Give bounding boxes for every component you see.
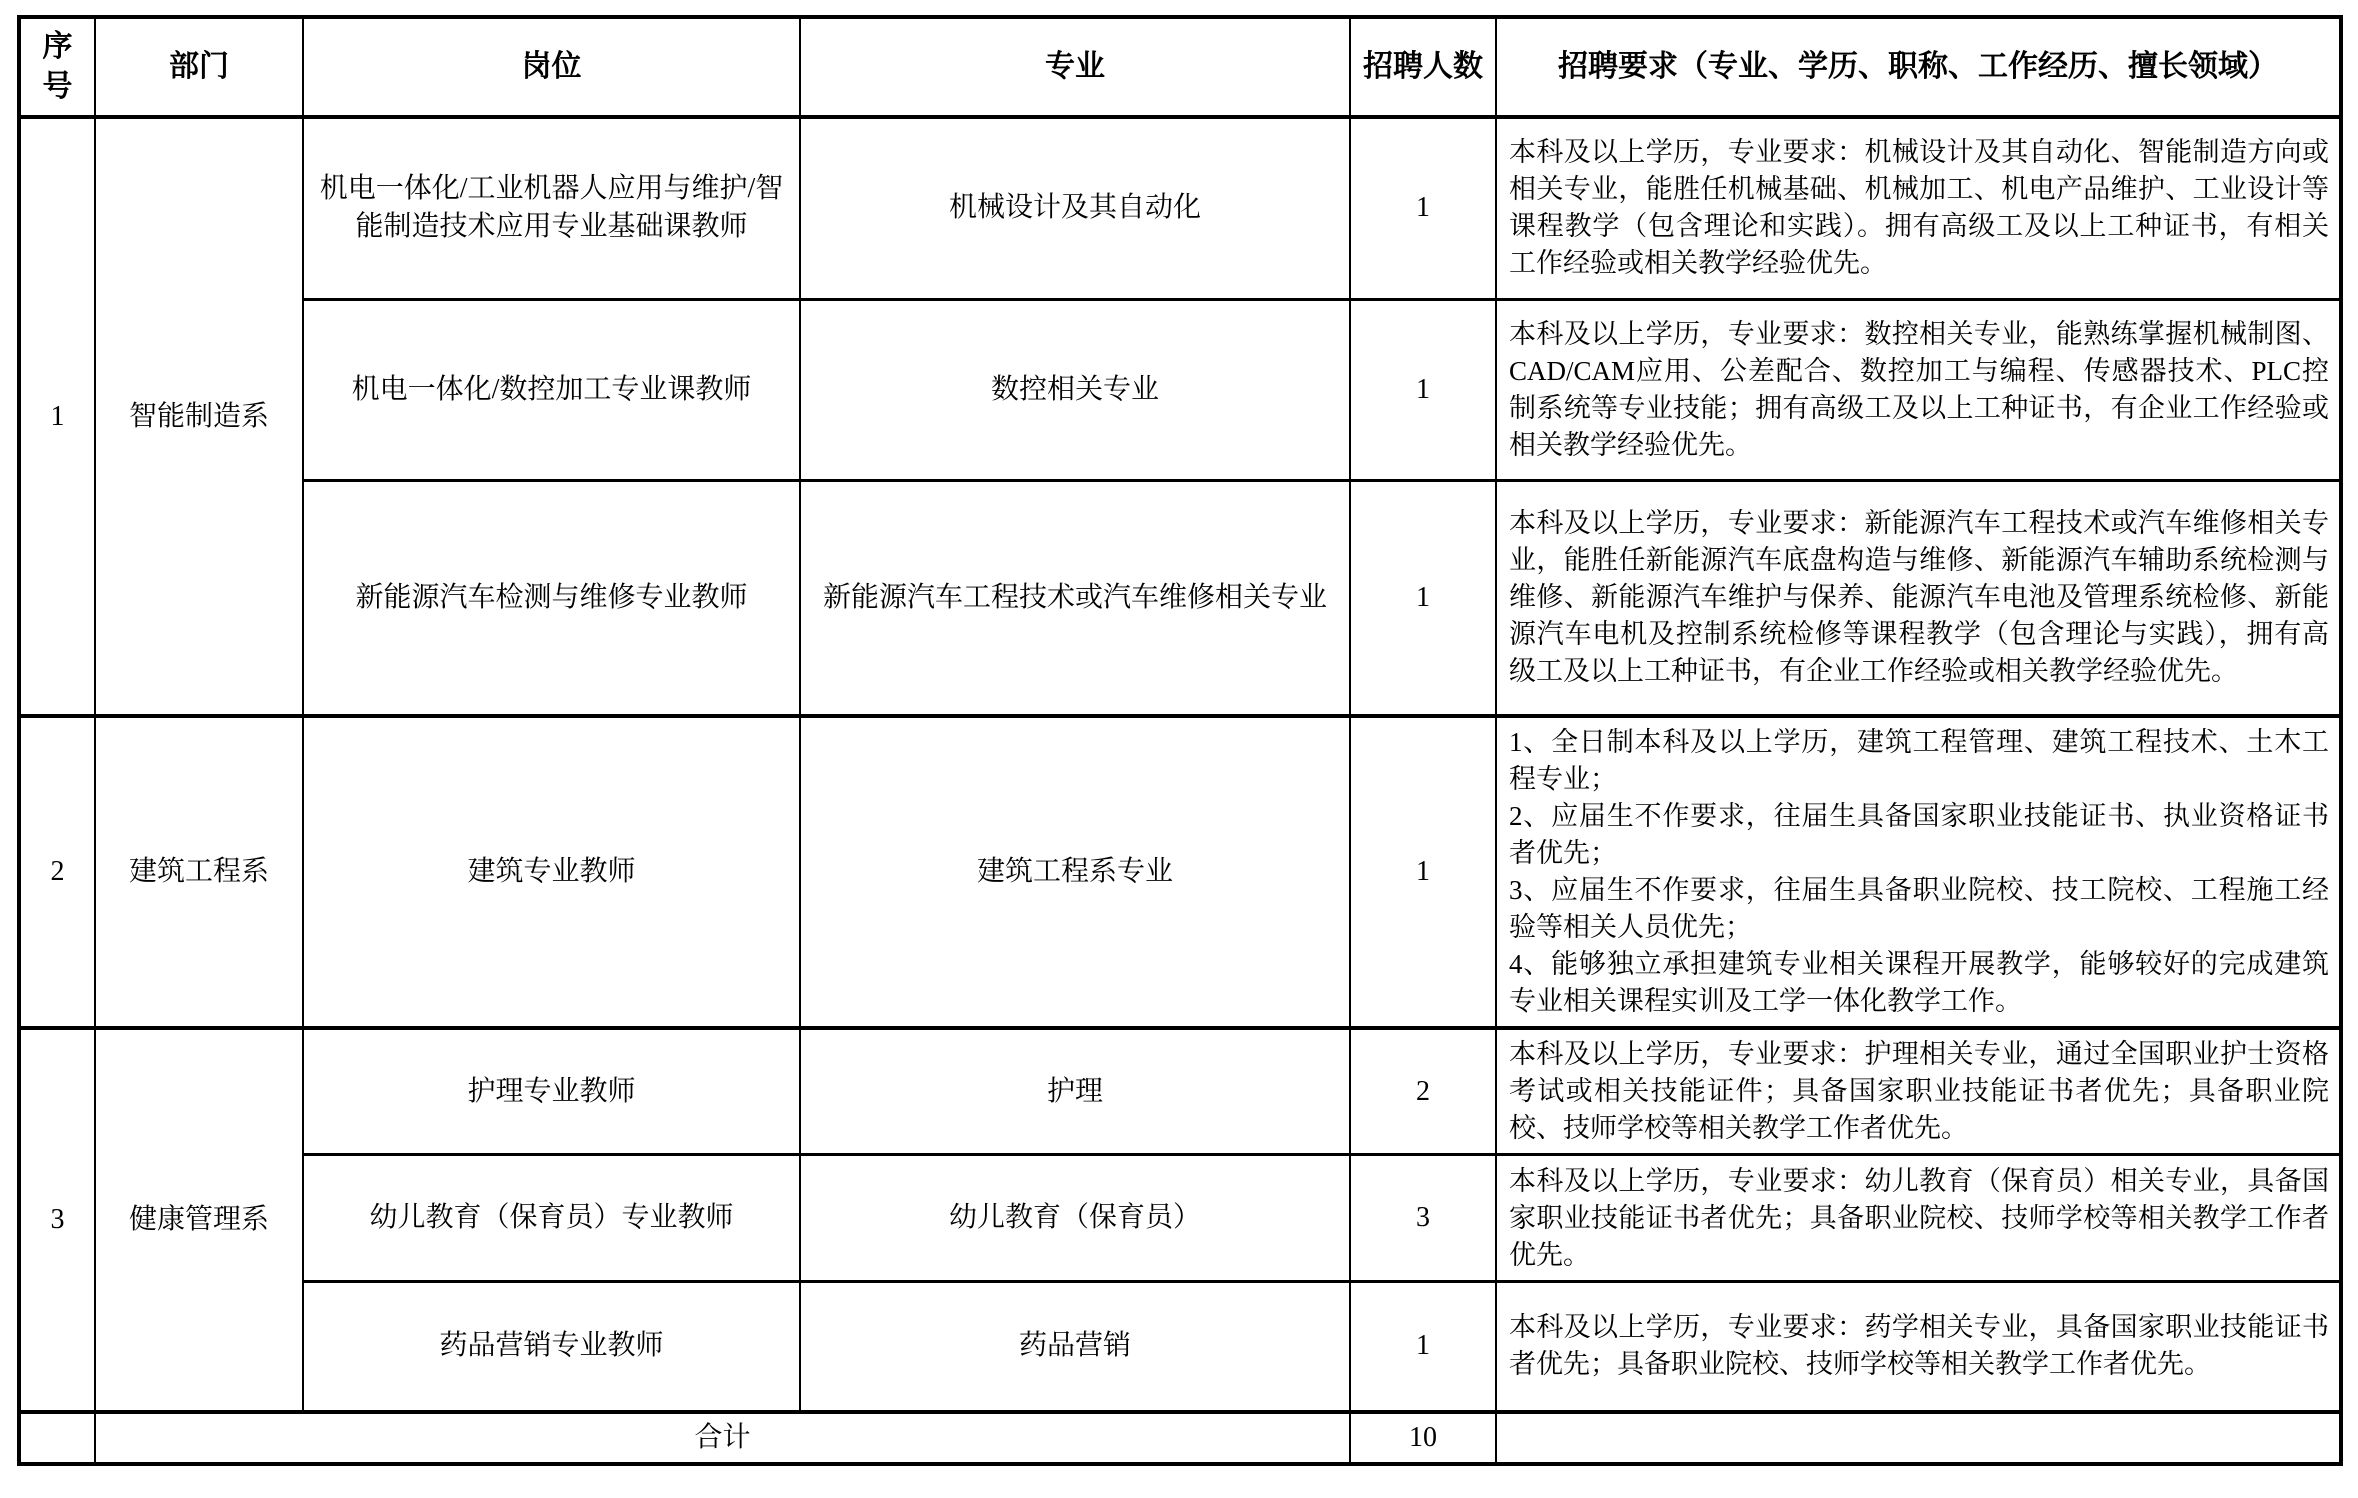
total-empty-requirements-cell	[1496, 1412, 2341, 1464]
total-count-cell: 10	[1350, 1412, 1496, 1464]
count-cell: 1	[1350, 480, 1496, 716]
position-cell: 药品营销专业教师	[303, 1282, 800, 1412]
count-cell: 1	[1350, 716, 1496, 1028]
requirements-cell: 本科及以上学历，专业要求：机械设计及其自动化、智能制造方向或相关专业，能胜任机械…	[1496, 117, 2341, 299]
header-index: 序号	[19, 17, 95, 117]
department-cell: 智能制造系	[95, 117, 303, 716]
document-page: 序号 部门 岗位 专业 招聘人数 招聘要求（专业、学历、职称、工作经历、擅长领域…	[0, 0, 2358, 1466]
position-cell: 建筑专业教师	[303, 716, 800, 1028]
position-cell: 机电一体化/工业机器人应用与维护/智能制造技术应用专业基础课教师	[303, 117, 800, 299]
major-cell: 机械设计及其自动化	[800, 117, 1350, 299]
total-empty-index-cell	[19, 1412, 95, 1464]
position-cell: 护理专业教师	[303, 1028, 800, 1155]
major-cell: 药品营销	[800, 1282, 1350, 1412]
major-cell: 数控相关专业	[800, 299, 1350, 480]
count-cell: 1	[1350, 1282, 1496, 1412]
total-row: 合计 10	[19, 1412, 2341, 1464]
count-cell: 3	[1350, 1155, 1496, 1282]
position-cell: 幼儿教育（保育员）专业教师	[303, 1155, 800, 1282]
major-cell: 幼儿教育（保育员）	[800, 1155, 1350, 1282]
header-count: 招聘人数	[1350, 17, 1496, 117]
count-cell: 2	[1350, 1028, 1496, 1155]
count-cell: 1	[1350, 117, 1496, 299]
table-row: 3 健康管理系 护理专业教师 护理 2 本科及以上学历，专业要求：护理相关专业，…	[19, 1028, 2341, 1155]
header-department: 部门	[95, 17, 303, 117]
header-row: 序号 部门 岗位 专业 招聘人数 招聘要求（专业、学历、职称、工作经历、擅长领域…	[19, 17, 2341, 117]
table-row: 药品营销专业教师 药品营销 1 本科及以上学历，专业要求：药学相关专业，具备国家…	[19, 1282, 2341, 1412]
major-cell: 建筑工程系专业	[800, 716, 1350, 1028]
recruitment-table: 序号 部门 岗位 专业 招聘人数 招聘要求（专业、学历、职称、工作经历、擅长领域…	[17, 15, 2343, 1466]
position-cell: 新能源汽车检测与维修专业教师	[303, 480, 800, 716]
position-cell: 机电一体化/数控加工专业课教师	[303, 299, 800, 480]
requirements-cell: 本科及以上学历，专业要求：新能源汽车工程技术或汽车维修相关专业，能胜任新能源汽车…	[1496, 480, 2341, 716]
section-index-cell: 2	[19, 716, 95, 1028]
table-row: 幼儿教育（保育员）专业教师 幼儿教育（保育员） 3 本科及以上学历，专业要求：幼…	[19, 1155, 2341, 1282]
major-cell: 护理	[800, 1028, 1350, 1155]
section-index-cell: 1	[19, 117, 95, 716]
requirements-cell: 1、全日制本科及以上学历，建筑工程管理、建筑工程技术、土木工程专业； 2、应届生…	[1496, 716, 2341, 1028]
header-requirements: 招聘要求（专业、学历、职称、工作经历、擅长领域）	[1496, 17, 2341, 117]
total-label-cell: 合计	[95, 1412, 1350, 1464]
department-cell: 建筑工程系	[95, 716, 303, 1028]
requirements-cell: 本科及以上学历，专业要求：幼儿教育（保育员）相关专业，具备国家职业技能证书者优先…	[1496, 1155, 2341, 1282]
count-cell: 1	[1350, 299, 1496, 480]
table-row: 机电一体化/数控加工专业课教师 数控相关专业 1 本科及以上学历，专业要求：数控…	[19, 299, 2341, 480]
table-row: 1 智能制造系 机电一体化/工业机器人应用与维护/智能制造技术应用专业基础课教师…	[19, 117, 2341, 299]
department-cell: 健康管理系	[95, 1028, 303, 1412]
header-major: 专业	[800, 17, 1350, 117]
table-row: 2 建筑工程系 建筑专业教师 建筑工程系专业 1 1、全日制本科及以上学历，建筑…	[19, 716, 2341, 1028]
requirements-cell: 本科及以上学历，专业要求：药学相关专业，具备国家职业技能证书者优先；具备职业院校…	[1496, 1282, 2341, 1412]
table-row: 新能源汽车检测与维修专业教师 新能源汽车工程技术或汽车维修相关专业 1 本科及以…	[19, 480, 2341, 716]
requirements-cell: 本科及以上学历，专业要求：护理相关专业，通过全国职业护士资格考试或相关技能证件；…	[1496, 1028, 2341, 1155]
header-position: 岗位	[303, 17, 800, 117]
requirements-cell: 本科及以上学历，专业要求：数控相关专业，能熟练掌握机械制图、CAD/CAM应用、…	[1496, 299, 2341, 480]
major-cell: 新能源汽车工程技术或汽车维修相关专业	[800, 480, 1350, 716]
section-index-cell: 3	[19, 1028, 95, 1412]
